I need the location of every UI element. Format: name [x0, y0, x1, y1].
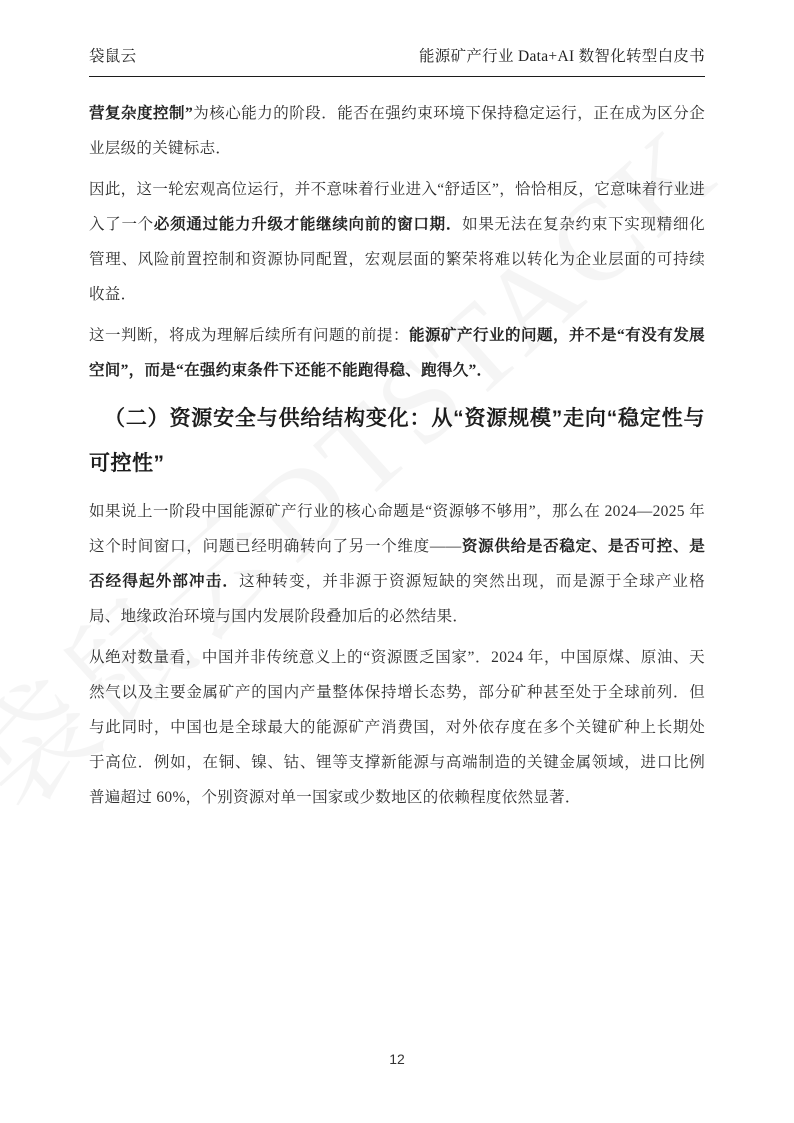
text-run-bold: 必须通过能力升级才能继续向前的窗口期．: [154, 216, 462, 233]
body-paragraph: 从绝对数量看，中国并非传统意义上的“资源匮乏国家”．2024 年，中国原煤、原油…: [89, 640, 705, 815]
header-brand: 袋鼠云: [89, 44, 136, 66]
page-number: 12: [389, 1051, 405, 1067]
section-heading: （二）资源安全与供给结构变化：从“资源规模”走向“稳定性与可控性”: [89, 396, 705, 486]
page-header: 袋鼠云 能源矿产行业 Data+AI 数智化转型白皮书: [89, 44, 705, 77]
page-footer: 12: [0, 1051, 794, 1067]
body-paragraph: 如果说上一阶段中国能源矿产行业的核心命题是“资源够不够用”，那么在 2024—2…: [89, 494, 705, 634]
body-paragraph: 这一判断，将成为理解后续所有问题的前提：能源矿产行业的问题，并不是“有没有发展空…: [89, 318, 705, 388]
text-run-bold: 营复杂度控制”: [89, 105, 193, 122]
header-doc-title: 能源矿产行业 Data+AI 数智化转型白皮书: [419, 44, 705, 66]
page-body: 营复杂度控制”为核心能力的阶段．能否在强约束环境下保持稳定运行，正在成为区分企业…: [89, 78, 705, 821]
document-page: 袋鼠云DTSTACK 袋鼠云 能源矿产行业 Data+AI 数智化转型白皮书 营…: [0, 0, 794, 1123]
text-run: 这一判断，将成为理解后续所有问题的前提：: [89, 327, 409, 344]
text-run: 从绝对数量看，中国并非传统意义上的“资源匮乏国家”．2024 年，中国原煤、原油…: [89, 649, 705, 806]
body-paragraph: 因此，这一轮宏观高位运行，并不意味着行业进入“舒适区”，恰恰相反，它意味着行业进…: [89, 172, 705, 312]
body-paragraph: 营复杂度控制”为核心能力的阶段．能否在强约束环境下保持稳定运行，正在成为区分企业…: [89, 96, 705, 166]
